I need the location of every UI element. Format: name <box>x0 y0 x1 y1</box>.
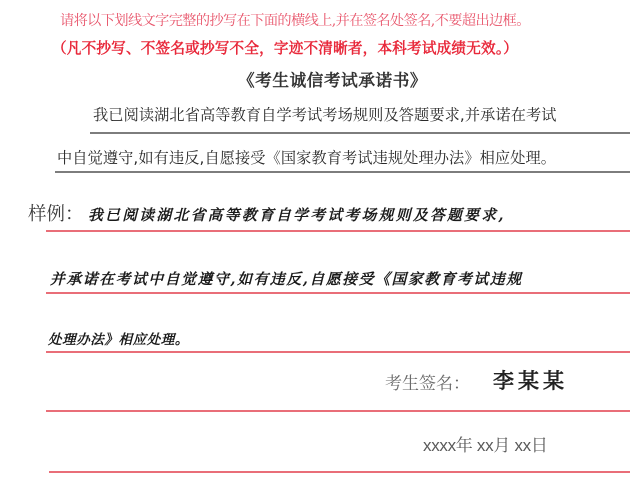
date-line[interactable] <box>49 471 630 473</box>
sample-handwriting-line-1: 我已阅读湖北省高等教育自学考试考场规则及答题要求, <box>88 204 506 225</box>
instruction-copy-text: 请将以下划线文字完整的抄写在下面的横线上,并在签名处签名,不要超出边框。 <box>60 10 530 30</box>
copy-line-2[interactable] <box>46 292 630 294</box>
sample-handwriting-line-2: 并承诺在考试中自觉遵守,如有违反,自愿接受《国家教育考试违规 <box>50 268 523 289</box>
signature-label: 考生签名： <box>385 369 470 394</box>
instruction-warning-text: （凡不抄写、不签名或抄写不全，字迹不清晰者，本科考试成绩无效。） <box>52 37 518 58</box>
sample-handwriting-line-3: 处理办法》相应处理。 <box>48 328 189 348</box>
pledge-line-2: 中自觉遵守,如有违反,自愿接受《国家教育考试违规处理办法》相应处理。 <box>57 147 556 168</box>
signature-line[interactable] <box>46 410 630 412</box>
pledge-underline-2 <box>55 171 630 173</box>
signature-name: 李某某 <box>493 365 568 395</box>
sample-label: 样例： <box>28 200 84 226</box>
copy-line-3[interactable] <box>46 351 630 353</box>
pledge-line-1: 我已阅读湖北省高等教育自学考试考场规则及答题要求,并承诺在考试 <box>93 104 557 125</box>
document-title: 《考生诚信考试承诺书》 <box>238 67 427 91</box>
pledge-underline-1 <box>90 132 630 134</box>
copy-line-1[interactable] <box>46 230 630 232</box>
date-text: xxxx年 xx月 xx日 <box>423 431 548 456</box>
